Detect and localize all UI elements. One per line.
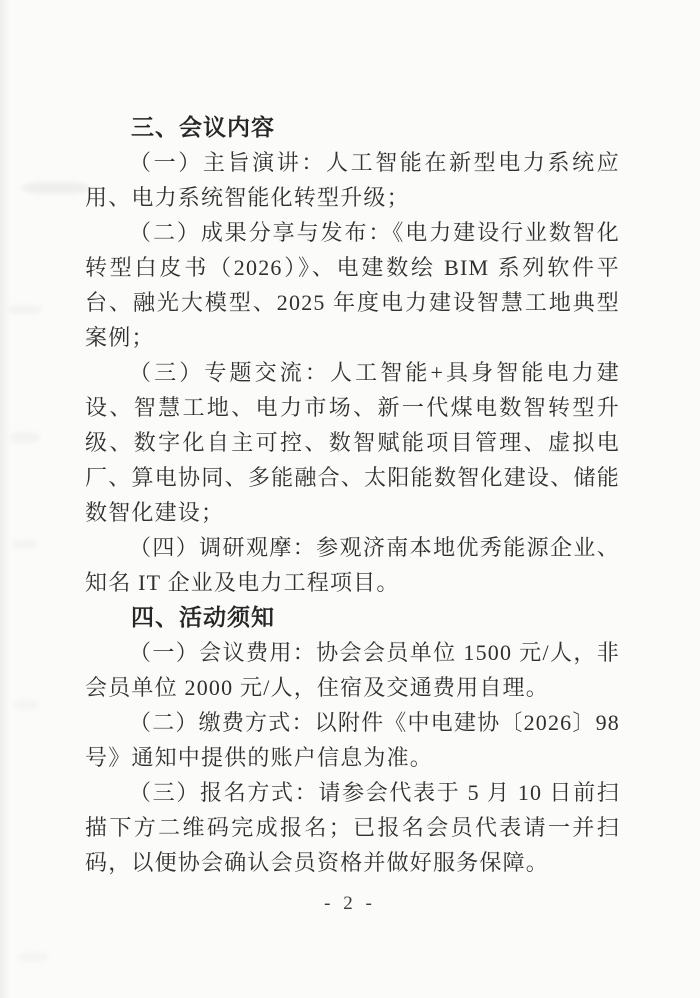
paragraph-meeting-fee: （一）会议费用：协会会员单位 1500 元/人，非会员单位 2000 元/人，住… (85, 635, 620, 705)
scan-smudge (18, 952, 48, 962)
paragraph-topic-exchange: （三）专题交流：人工智能+具身智能电力建设、智慧工地、电力市场、新一代煤电数智转… (85, 355, 620, 530)
section-heading-meeting-content: 三、会议内容 (85, 110, 620, 145)
scan-smudge (14, 700, 38, 710)
scan-smudge (22, 182, 90, 194)
section-heading-activity-notes: 四、活动须知 (85, 600, 620, 635)
scan-smudge (10, 432, 40, 443)
scan-smudge (12, 540, 38, 549)
paragraph-registration-method: （三）报名方式：请参会代表于 5 月 10 日前扫描下方二维码完成报名；已报名会… (85, 775, 620, 880)
document-body: 三、会议内容 （一）主旨演讲：人工智能在新型电力系统应用、电力系统智能化转型升级… (85, 110, 620, 880)
paragraph-site-visit: （四）调研观摩：参观济南本地优秀能源企业、知名 IT 企业及电力工程项目。 (85, 530, 620, 600)
scan-smudge (8, 305, 42, 314)
paragraph-payment-method: （二）缴费方式：以附件《中电建协〔2026〕98 号》通知中提供的账户信息为准。 (85, 705, 620, 775)
paragraph-results-release: （二）成果分享与发布：《电力建设行业数智化转型白皮书（2026）》、电建数绘 B… (85, 215, 620, 355)
paragraph-keynote-speech: （一）主旨演讲：人工智能在新型电力系统应用、电力系统智能化转型升级； (85, 145, 620, 215)
scanned-document-page: 三、会议内容 （一）主旨演讲：人工智能在新型电力系统应用、电力系统智能化转型升级… (0, 0, 700, 998)
page-number: - 2 - (0, 893, 700, 915)
